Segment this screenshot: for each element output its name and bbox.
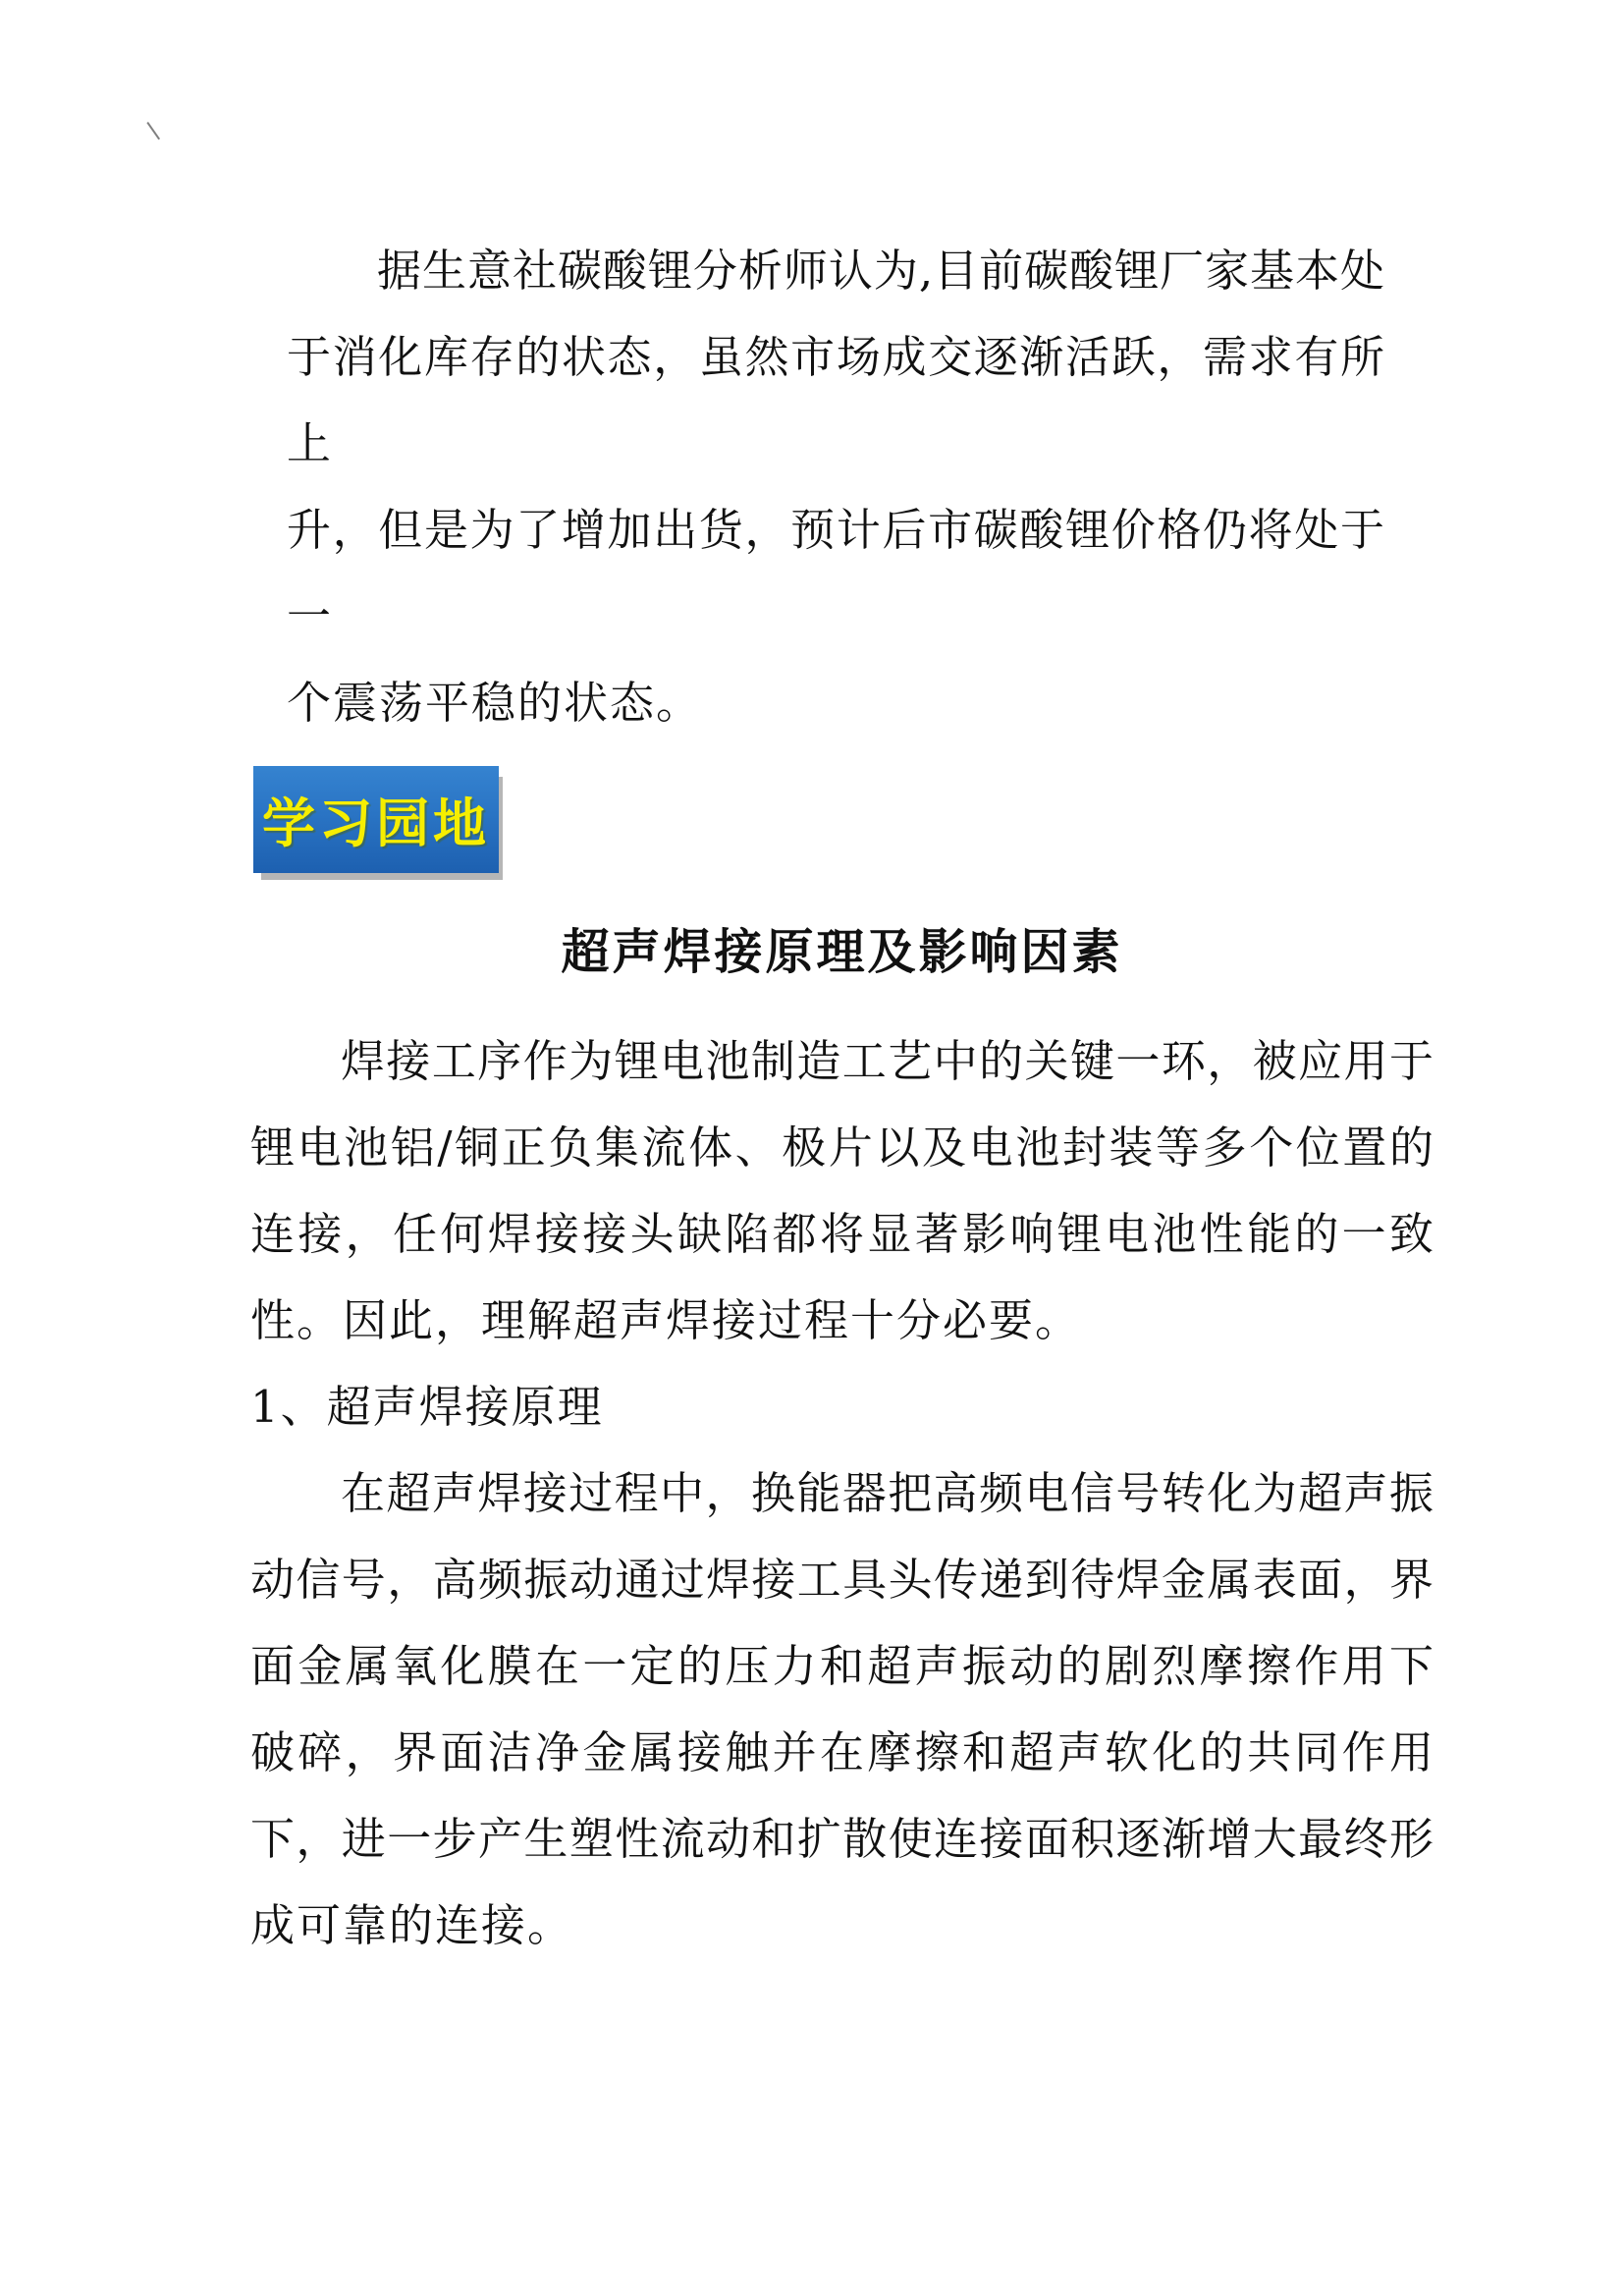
- page-corner-mark: [146, 122, 160, 139]
- paragraph-line: 破碎，界面洁净金属接触并在摩擦和超声软化的共同作用: [250, 1710, 1434, 1796]
- paragraph-line: 锂电池铝/铜正负集流体、极片以及电池封装等多个位置的: [250, 1105, 1434, 1191]
- article-title: 超声焊接原理及影响因素: [250, 908, 1434, 995]
- paragraph-line: 据生意社碳酸锂分析师认为,目前碳酸锂厂家基本处: [287, 228, 1384, 314]
- paragraph-line: 下，进一步产生塑性流动和扩散使连接面积逐渐增大最终形: [250, 1796, 1434, 1883]
- banner-label: 学习园地: [262, 782, 490, 857]
- paragraph-line: 面金属氧化膜在一定的压力和超声振动的剧烈摩擦作用下: [250, 1623, 1434, 1710]
- document-page: 据生意社碳酸锂分析师认为,目前碳酸锂厂家基本处 于消化库存的状态，虽然市场成交逐…: [0, 0, 1623, 2296]
- paragraph-line: 连接，任何焊接接头缺陷都将显著影响锂电池性能的一致: [250, 1191, 1434, 1278]
- intro-paragraph: 据生意社碳酸锂分析师认为,目前碳酸锂厂家基本处 于消化库存的状态，虽然市场成交逐…: [287, 228, 1384, 746]
- paragraph-line: 动信号，高频振动通过焊接工具头传递到待焊金属表面，界: [250, 1537, 1434, 1623]
- paragraph-line: 在超声焊接过程中，换能器把高频电信号转化为超声振: [250, 1450, 1434, 1537]
- paragraph-line: 成可靠的连接。: [250, 1883, 1434, 1969]
- page-content: 据生意社碳酸锂分析师认为,目前碳酸锂厂家基本处 于消化库存的状态，虽然市场成交逐…: [250, 228, 1434, 1969]
- paragraph-line: 于消化库存的状态，虽然市场成交逐渐活跃，需求有所上: [287, 314, 1384, 487]
- paragraph-line: 升，但是为了增加出货，预计后市碳酸锂价格仍将处于一: [287, 487, 1384, 660]
- article-paragraph-1: 焊接工序作为锂电池制造工艺中的关键一环，被应用于 锂电池铝/铜正负集流体、极片以…: [250, 1018, 1434, 1364]
- paragraph-line: 焊接工序作为锂电池制造工艺中的关键一环，被应用于: [250, 1018, 1434, 1105]
- section-1-heading: 1、超声焊接原理: [250, 1364, 1434, 1450]
- learning-corner-banner: 学习园地: [253, 766, 499, 873]
- article-paragraph-2: 在超声焊接过程中，换能器把高频电信号转化为超声振 动信号，高频振动通过焊接工具头…: [250, 1450, 1434, 1969]
- paragraph-line: 个震荡平稳的状态。: [287, 660, 1384, 746]
- paragraph-line: 性。因此，理解超声焊接过程十分必要。: [250, 1278, 1434, 1364]
